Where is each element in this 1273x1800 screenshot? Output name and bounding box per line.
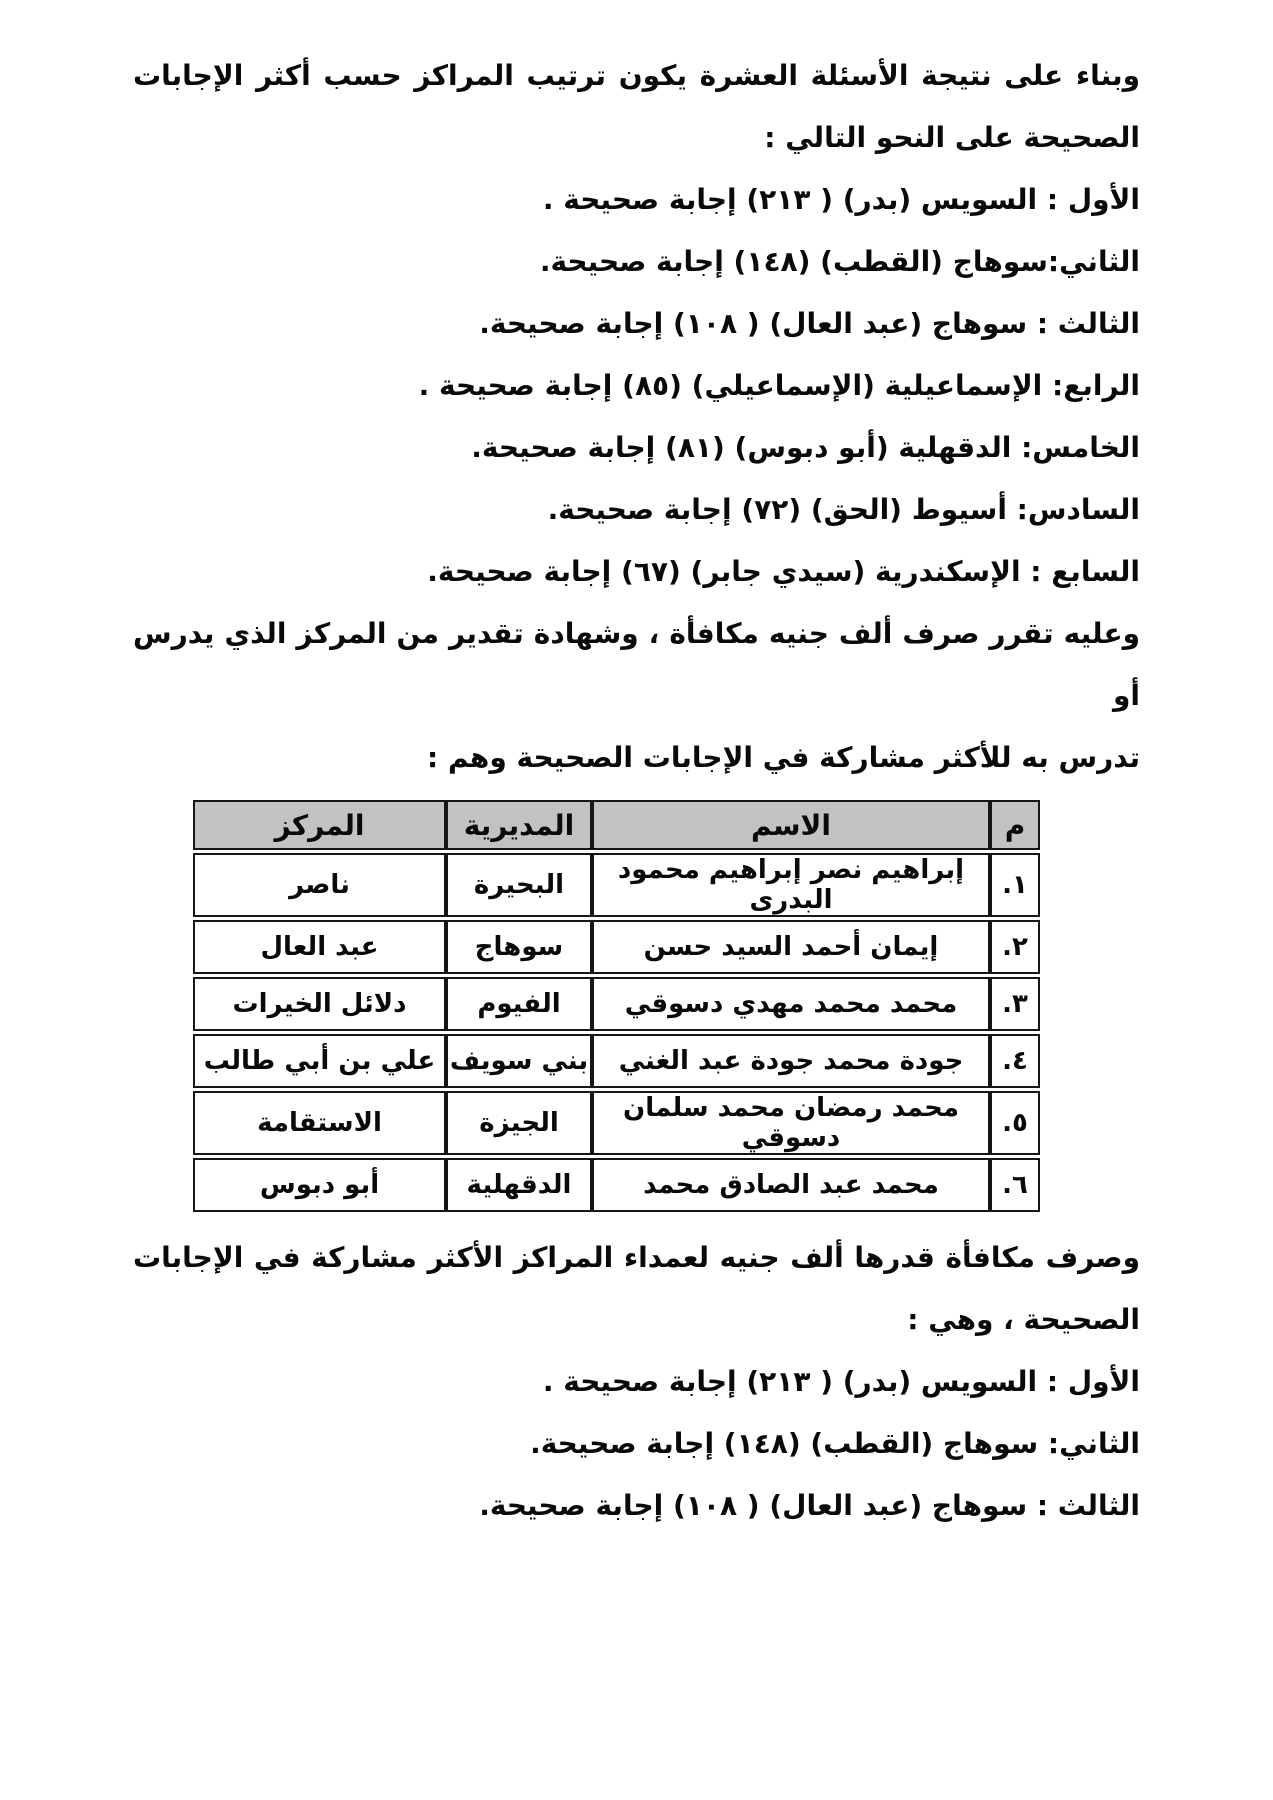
table-row: ١. إبراهيم نصر إبراهيم محمود البدرى البح…: [193, 853, 1040, 917]
cell-name: محمد رمضان محمد سلمان دسوقي: [592, 1091, 990, 1155]
rank-first-item-3: الثالث : سوهاج (عبد العال) ( ١٠٨) إجابة …: [133, 293, 1140, 355]
document-page: وبناء على نتيجة الأسئلة العشرة يكون ترتي…: [0, 0, 1273, 1800]
cell-center: دلائل الخيرات: [193, 977, 446, 1031]
cell-no: ٥.: [990, 1091, 1040, 1155]
participants-table: م الاسم المديرية المركز ١. إبراهيم نصر إ…: [193, 797, 1040, 1215]
cell-center: ناصر: [193, 853, 446, 917]
rank-first-item-4: الرابع: الإسماعيلية (الإسماعيلي) (٨٥) إج…: [133, 355, 1140, 417]
cell-center: عبد العال: [193, 920, 446, 974]
intro-line-2: الصحيحة على النحو التالي :: [133, 107, 1140, 169]
reward-line-2: تدرس به للأكثر مشاركة في الإجابات الصحيح…: [133, 727, 1140, 789]
table-row: ٣. محمد محمد مهدي دسوقي الفيوم دلائل الخ…: [193, 977, 1040, 1031]
cell-directorate: البحيرة: [446, 853, 592, 917]
rank-second-item-3: الثالث : سوهاج (عبد العال) ( ١٠٨) إجابة …: [133, 1475, 1140, 1537]
cell-directorate: سوهاج: [446, 920, 592, 974]
rank-second-item-1: الأول : السويس (بدر) ( ٢١٣) إجابة صحيحة …: [133, 1351, 1140, 1413]
rank-first-item-5: الخامس: الدقهلية (أبو دبوس) (٨١) إجابة ص…: [133, 417, 1140, 479]
cell-directorate: الجيزة: [446, 1091, 592, 1155]
rank-first-item-7: السابع : الإسكندرية (سيدي جابر) (٦٧) إجا…: [133, 541, 1140, 603]
rank-first-item-1: الأول : السويس (بدر) ( ٢١٣) إجابة صحيحة …: [133, 169, 1140, 231]
cell-name: جودة محمد جودة عبد الغني: [592, 1034, 990, 1088]
cell-directorate: الفيوم: [446, 977, 592, 1031]
cell-name: محمد محمد مهدي دسوقي: [592, 977, 990, 1031]
column-header-no: م: [990, 800, 1040, 850]
table-header-row: م الاسم المديرية المركز: [193, 800, 1040, 850]
cell-no: ١.: [990, 853, 1040, 917]
cell-no: ٣.: [990, 977, 1040, 1031]
cell-center: الاستقامة: [193, 1091, 446, 1155]
rank-second-item-2: الثاني: سوهاج (القطب) (١٤٨) إجابة صحيحة.: [133, 1413, 1140, 1475]
cell-no: ٢.: [990, 920, 1040, 974]
cell-directorate: الدقهلية: [446, 1158, 592, 1212]
cell-no: ٤.: [990, 1034, 1040, 1088]
rank-first-item-2: الثاني:سوهاج (القطب) (١٤٨) إجابة صحيحة.: [133, 231, 1140, 293]
cell-name: إيمان أحمد السيد حسن: [592, 920, 990, 974]
deans-line-2: الصحيحة ، وهي :: [133, 1289, 1140, 1351]
column-header-name: الاسم: [592, 800, 990, 850]
cell-directorate: بني سويف: [446, 1034, 592, 1088]
cell-center: علي بن أبي طالب: [193, 1034, 446, 1088]
table-row: ٢. إيمان أحمد السيد حسن سوهاج عبد العال: [193, 920, 1040, 974]
rank-first-item-6: السادس: أسيوط (الحق) (٧٢) إجابة صحيحة.: [133, 479, 1140, 541]
table-row: ٦. محمد عبد الصادق محمد الدقهلية أبو دبو…: [193, 1158, 1040, 1212]
cell-name: إبراهيم نصر إبراهيم محمود البدرى: [592, 853, 990, 917]
table-row: ٤. جودة محمد جودة عبد الغني بني سويف علي…: [193, 1034, 1040, 1088]
column-header-directorate: المديرية: [446, 800, 592, 850]
deans-line-1: وصرف مكافأة قدرها ألف جنيه لعمداء المراك…: [133, 1227, 1140, 1289]
cell-name: محمد عبد الصادق محمد: [592, 1158, 990, 1212]
cell-center: أبو دبوس: [193, 1158, 446, 1212]
table-row: ٥. محمد رمضان محمد سلمان دسوقي الجيزة ال…: [193, 1091, 1040, 1155]
cell-no: ٦.: [990, 1158, 1040, 1212]
column-header-center: المركز: [193, 800, 446, 850]
intro-line-1: وبناء على نتيجة الأسئلة العشرة يكون ترتي…: [133, 45, 1140, 107]
reward-line-1: وعليه تقرر صرف ألف جنيه مكافأة ، وشهادة …: [133, 603, 1140, 727]
